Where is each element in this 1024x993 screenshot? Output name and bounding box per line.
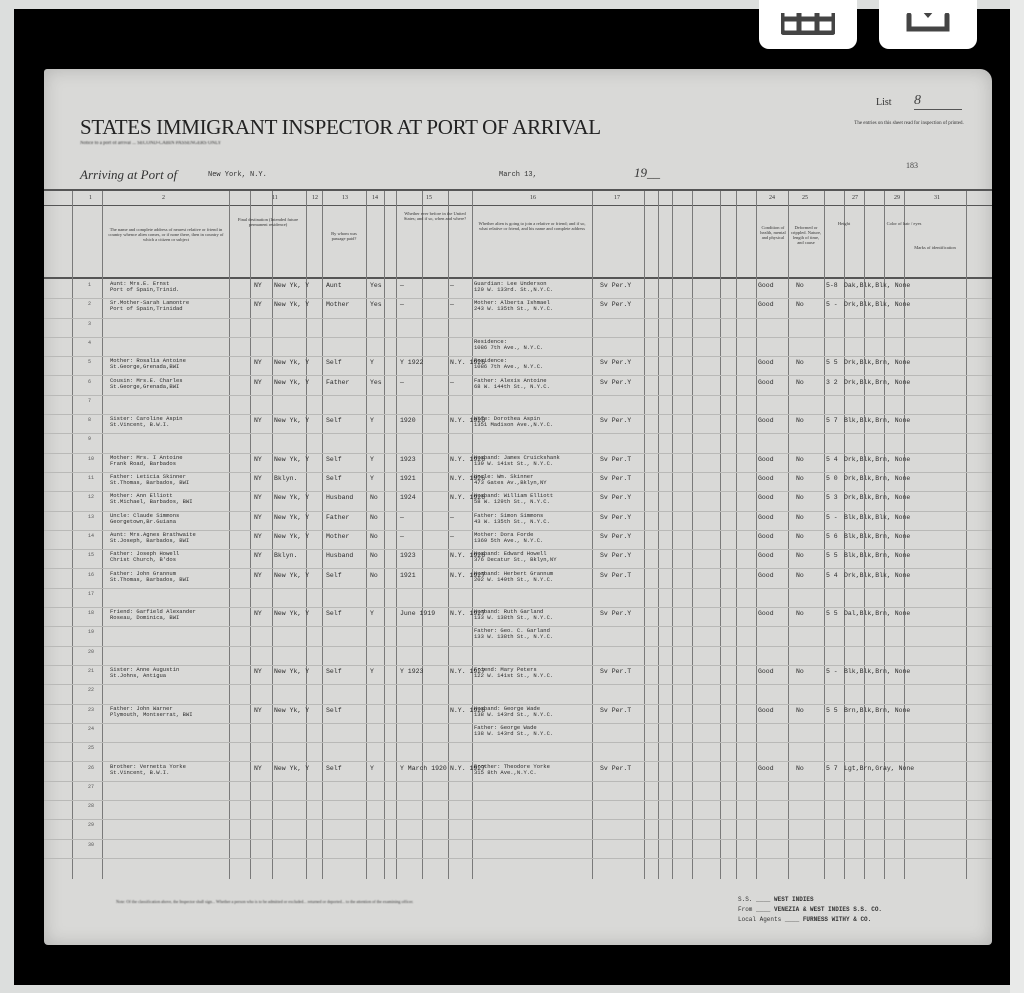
row-number: 25: [88, 745, 94, 751]
previous-visit: 1921: [400, 572, 416, 579]
manifest-table: 1 2 11 12 13 14 15 16 17 24 25 27 29 31 …: [44, 191, 992, 879]
money: Y: [370, 359, 374, 366]
city: New Yk, Y: [274, 514, 309, 521]
previous-where: —: [450, 533, 454, 540]
previous-visit: 1924: [400, 494, 416, 501]
row-number: 9: [88, 436, 91, 442]
from-label: From: [738, 906, 752, 913]
table-row: 3: [44, 318, 992, 337]
agent-value: FURNESS WITHY & CO.: [803, 916, 871, 923]
city: New Yk, Y: [274, 456, 309, 463]
description: Drk,Blk,Brn, None: [844, 494, 910, 501]
table-row: 23Father: John WarnerPlymouth, Montserra…: [44, 704, 992, 723]
row-number: 16: [88, 572, 94, 578]
purpose: Sv Per.T: [600, 572, 631, 579]
row-number: 1: [88, 282, 91, 288]
paid-by: Self: [326, 359, 342, 366]
row-number: 22: [88, 687, 94, 693]
paid-by: Self: [326, 668, 342, 675]
health-condition: Good: [758, 417, 774, 424]
row-number: 7: [88, 398, 91, 404]
previous-visit: 1921: [400, 475, 416, 482]
paid-by: Self: [326, 707, 342, 714]
height: 5 6: [826, 533, 838, 540]
purpose: Sv Per.Y: [600, 552, 631, 559]
money: Y: [370, 475, 374, 482]
height: 5 4: [826, 456, 838, 463]
deformed: No: [796, 668, 804, 675]
money: No: [370, 552, 378, 559]
paid-by: Mother: [326, 301, 349, 308]
paid-by: Aunt: [326, 282, 342, 289]
deformed: No: [796, 359, 804, 366]
previous-visit: 1920: [400, 417, 416, 424]
relative-joining: Wife: Dorothea Aspin1351 Madison Ave.,N.…: [474, 416, 553, 428]
purpose: Sv Per.T: [600, 668, 631, 675]
health-condition: Good: [758, 552, 774, 559]
row-number: 3: [88, 321, 91, 327]
header-name: The name and complete address of nearest…: [106, 227, 226, 242]
ship-info: S.S. ____ WEST INDIES From ____ VENEZIA …: [738, 895, 882, 925]
health-condition: Good: [758, 456, 774, 463]
table-row: 14Aunt: Mrs.Agnes BrathwaiteSt.Joseph, B…: [44, 530, 992, 549]
table-row: 29: [44, 819, 992, 838]
health-condition: Good: [758, 301, 774, 308]
health-condition: Good: [758, 610, 774, 617]
table-row: 25: [44, 742, 992, 761]
city: New Yk, Y: [274, 494, 309, 501]
row-number: 23: [88, 707, 94, 713]
alien-name: Sr.Mother-Sarah LamontrePort of Spain,Tr…: [110, 300, 189, 312]
relative-joining: Brother: Theodore Yorke315 8th Ave.,N.Y.…: [474, 764, 550, 776]
money: Y: [370, 456, 374, 463]
state: NY: [254, 514, 262, 521]
health-condition: Good: [758, 282, 774, 289]
money: Y: [370, 668, 374, 675]
row-number: 26: [88, 765, 94, 771]
alien-name: Father: Joseph HowellChrist Church, B'do…: [110, 551, 179, 563]
money: Y: [370, 765, 374, 772]
arriving-label: Arriving at Port of: [80, 167, 177, 183]
table-row: 8Sister: Caroline AspinSt.Vincent, B.W.I…: [44, 414, 992, 433]
description: Dak,Blk,Blk, None: [844, 282, 910, 289]
money: Y: [370, 610, 374, 617]
description: Blk,Blk,Brn, None: [844, 417, 910, 424]
city: New Yk, Y: [274, 301, 309, 308]
manifest-footer: Note: Of the classification above, the I…: [44, 881, 992, 945]
previous-visit: Y March 1920: [400, 765, 447, 772]
state: NY: [254, 301, 262, 308]
height: 5 4: [826, 572, 838, 579]
height: 5 5: [826, 359, 838, 366]
height: 5 3: [826, 494, 838, 501]
purpose: Sv Per.Y: [600, 282, 631, 289]
deformed: No: [796, 552, 804, 559]
paid-by: Self: [326, 765, 342, 772]
city: New Yk, Y: [274, 282, 309, 289]
previous-visit: 1923: [400, 456, 416, 463]
alien-name: Friend: Garfield AlexanderRoseau, Domini…: [110, 609, 196, 621]
city: New Yk, Y: [274, 533, 309, 540]
table-row: 9: [44, 433, 992, 452]
deformed: No: [796, 610, 804, 617]
previous-where: —: [450, 282, 454, 289]
row-number: 2: [88, 301, 91, 307]
relative-joining: Husband: George Wade138 W. 143rd St., N.…: [474, 706, 553, 718]
relative-joining: Friend: Mary Peters122 W. 141st St., N.Y…: [474, 667, 553, 679]
relative-joining: Residence:1086 7th Ave., N.Y.C.: [474, 339, 543, 351]
row-number: 17: [88, 591, 94, 597]
state: NY: [254, 456, 262, 463]
table-row: 6Cousin: Mrs.E. CharlesSt.George,Grenada…: [44, 376, 992, 395]
purpose: Sv Per.Y: [600, 379, 631, 386]
paid-by: Self: [326, 456, 342, 463]
footer-fine-print: Note: Of the classification above, the I…: [116, 899, 586, 904]
relative-joining: Father: Geo. C. Garland133 W. 138th St.,…: [474, 628, 553, 640]
paid-by: Self: [326, 417, 342, 424]
table-row: 16Father: John GrannumSt.Thomas, Barbado…: [44, 569, 992, 588]
money: Y: [370, 417, 374, 424]
height: 5 7: [826, 765, 838, 772]
deformed: No: [796, 494, 804, 501]
health-condition: Good: [758, 494, 774, 501]
row-number: 30: [88, 842, 94, 848]
state: NY: [254, 282, 262, 289]
health-condition: Good: [758, 359, 774, 366]
paid-by: Self: [326, 572, 342, 579]
row-number: 5: [88, 359, 91, 365]
deformed: No: [796, 533, 804, 540]
arrival-date: March 13,: [499, 171, 537, 179]
description: Drk,Blk,Brn, None: [844, 456, 910, 463]
previous-visit: —: [400, 379, 404, 386]
alien-name: Brother: Vernetta YorkeSt.Vincent, B.W.I…: [110, 764, 186, 776]
table-row: 24Father: George Wade138 W. 143rd St., N…: [44, 723, 992, 742]
alien-name: Aunt: Mrs.Agnes BrathwaiteSt.Joseph, Bar…: [110, 532, 196, 544]
deformed: No: [796, 301, 804, 308]
row-number: 29: [88, 822, 94, 828]
previous-visit: Y 1922: [400, 359, 423, 366]
state: NY: [254, 668, 262, 675]
previous-where: —: [450, 379, 454, 386]
city: New Yk, Y: [274, 610, 309, 617]
alien-name: Mother: Mrs. I AntoineFrank Road, Barbad…: [110, 455, 183, 467]
paid-by: Mother: [326, 533, 349, 540]
relative-joining: Husband: Edward Howell376 Decatur St., B…: [474, 551, 557, 563]
money: No: [370, 533, 378, 540]
height: 5 -: [826, 301, 838, 308]
deformed: No: [796, 417, 804, 424]
purpose: Sv Per.Y: [600, 301, 631, 308]
height: 5 5: [826, 707, 838, 714]
ship-name: WEST INDIES: [774, 896, 814, 903]
header-previously: Whether ever before in the United States…: [400, 211, 470, 221]
list-label: List: [876, 97, 892, 108]
purpose: Sv Per.Y: [600, 533, 631, 540]
deformed: No: [796, 514, 804, 521]
row-number: 21: [88, 668, 94, 674]
previous-visit: June 1919: [400, 610, 435, 617]
purpose: Sv Per.T: [600, 475, 631, 482]
download-icon: [905, 13, 951, 35]
deformed: No: [796, 282, 804, 289]
purpose: Sv Per.Y: [600, 494, 631, 501]
city: New Yk, Y: [274, 572, 309, 579]
city: New Yk, Y: [274, 707, 309, 714]
description: Blk,Blk,Brn, None: [844, 533, 910, 540]
table-row: 5Mother: Rosalia AntoineSt.George,Grenad…: [44, 356, 992, 375]
health-condition: Good: [758, 514, 774, 521]
paid-by: Self: [326, 610, 342, 617]
money: No: [370, 494, 378, 501]
alien-name: Father: Leticia SkinnerSt.Thomas, Barbad…: [110, 474, 189, 486]
paid-by: Self: [326, 475, 342, 482]
relative-joining: Husband: William Elliott58 W. 129th St.,…: [474, 493, 553, 505]
manifest-page: STATES IMMIGRANT INSPECTOR AT PORT OF AR…: [44, 69, 992, 945]
height: 5 0: [826, 475, 838, 482]
list-number: 8: [914, 93, 962, 110]
state: NY: [254, 359, 262, 366]
from-value: VENEZIA & WEST INDIES S.S. CO.: [774, 906, 882, 913]
state: NY: [254, 417, 262, 424]
table-row: 18Friend: Garfield AlexanderRoseau, Domi…: [44, 607, 992, 626]
previous-visit: —: [400, 301, 404, 308]
state: NY: [254, 475, 262, 482]
row-number: 4: [88, 340, 91, 346]
table-row: 12Mother: Ann ElliottSt.Michael, Barbado…: [44, 491, 992, 510]
alien-name: Sister: Caroline AspinSt.Vincent, B.W.I.: [110, 416, 183, 428]
relative-joining: Father: Alexis Antoine68 W. 144th St., N…: [474, 378, 550, 390]
table-row: 2Sr.Mother-Sarah LamontrePort of Spain,T…: [44, 298, 992, 317]
row-number: 12: [88, 494, 94, 500]
description: Drk,Blk,Brn, None: [844, 359, 910, 366]
arrival-year: 19__: [634, 165, 660, 181]
table-row: 21Sister: Anne AugustinSt.Johns, Antigua…: [44, 665, 992, 684]
paid-by: Father: [326, 379, 349, 386]
purpose: Sv Per.Y: [600, 514, 631, 521]
table-row: 30: [44, 839, 992, 858]
table-row: 1Aunt: Mrs.E. ErnstPort of Spain,Trinid.…: [44, 279, 992, 298]
relative-joining: Residence:1086 7th Ave., N.Y.C.: [474, 358, 543, 370]
table-row: 22: [44, 684, 992, 703]
page-number: 183: [906, 161, 918, 170]
relative-joining: Husband: Herbert Grannum202 W. 140th St.…: [474, 571, 553, 583]
money: No: [370, 572, 378, 579]
state: NY: [254, 494, 262, 501]
health-condition: Good: [758, 533, 774, 540]
purpose: Sv Per.Y: [600, 359, 631, 366]
scrollbar-track[interactable]: [1010, 0, 1024, 993]
header-relative: Whether alien is going to join a relativ…: [476, 221, 588, 231]
relative-joining: Husband: Ruth Garland133 W. 138th St., N…: [474, 609, 553, 621]
row-number: 10: [88, 456, 94, 462]
money: Yes: [370, 379, 382, 386]
health-condition: Good: [758, 379, 774, 386]
document-viewer: STATES IMMIGRANT INSPECTOR AT PORT OF AR…: [14, 9, 1010, 985]
alien-name: Father: John WarnerPlymouth, Montserrat,…: [110, 706, 193, 718]
download-button[interactable]: [879, 0, 977, 49]
header-height: Height: [826, 221, 862, 226]
paid-by: Husband: [326, 552, 353, 559]
state: NY: [254, 379, 262, 386]
relative-joining: Father: George Wade138 W. 143rd St., N.Y…: [474, 725, 553, 737]
height: 5-8: [826, 282, 838, 289]
previous-where: —: [450, 301, 454, 308]
agent-label: Local Agents: [738, 916, 781, 923]
purpose: Sv Per.T: [600, 456, 631, 463]
purpose: Sv Per.Y: [600, 610, 631, 617]
row-number: 15: [88, 552, 94, 558]
city: Bklyn.: [274, 552, 297, 559]
header-marks: Marks of identification: [906, 245, 964, 250]
health-condition: Good: [758, 765, 774, 772]
deformed: No: [796, 379, 804, 386]
description: Blk,Blk,Blk, None: [844, 514, 910, 521]
description: Lgt,Brn,Gray, None: [844, 765, 914, 772]
relative-joining: Guardian: Lee Underson120 W. 133rd. St.,…: [474, 281, 553, 293]
alien-name: Aunt: Mrs.E. ErnstPort of Spain,Trinid.: [110, 281, 179, 293]
city: New Yk, Y: [274, 417, 309, 424]
alien-name: Mother: Ann ElliottSt.Michael, Barbados,…: [110, 493, 193, 505]
table-row: 7: [44, 395, 992, 414]
city: New Yk, Y: [274, 379, 309, 386]
table-row: 20: [44, 646, 992, 665]
previous-visit: —: [400, 533, 404, 540]
grid-icon: [781, 13, 835, 35]
height: 3 2: [826, 379, 838, 386]
table-row: 15Father: Joseph HowellChrist Church, B'…: [44, 549, 992, 568]
description: Brn,Blk,Brn, None: [844, 707, 910, 714]
deformed: No: [796, 456, 804, 463]
height: 5 -: [826, 668, 838, 675]
alien-name: Cousin: Mrs.E. CharlesSt.George,Grenada,…: [110, 378, 183, 390]
money: Yes: [370, 282, 382, 289]
row-number: 27: [88, 784, 94, 790]
alien-name: Sister: Anne AugustinSt.Johns, Antigua: [110, 667, 179, 679]
row-number: 20: [88, 649, 94, 655]
relative-joining: Father: Simon Simmons43 W. 135th St., N.…: [474, 513, 550, 525]
state: NY: [254, 610, 262, 617]
row-number: 8: [88, 417, 91, 423]
previous-visit: —: [400, 282, 404, 289]
description: Drk,Blk,Blk, None: [844, 301, 910, 308]
previous-visit: 1923: [400, 552, 416, 559]
height: 5 5: [826, 552, 838, 559]
city: New Yk, Y: [274, 765, 309, 772]
state: NY: [254, 572, 262, 579]
money: Yes: [370, 301, 382, 308]
deformed: No: [796, 475, 804, 482]
paid-by: Husband: [326, 494, 353, 501]
previous-where: —: [450, 514, 454, 521]
alien-name: Father: John GrannumSt.Thomas, Barbados,…: [110, 571, 189, 583]
table-row: 17: [44, 588, 992, 607]
money: No: [370, 514, 378, 521]
relative-joining: Mother: Alberta Ishmael243 W. 135th St.,…: [474, 300, 553, 312]
table-row: 27: [44, 781, 992, 800]
city: New Yk, Y: [274, 359, 309, 366]
table-row: 4Residence:1086 7th Ave., N.Y.C.: [44, 337, 992, 356]
city: New Yk, Y: [274, 668, 309, 675]
row-number: 13: [88, 514, 94, 520]
health-condition: Good: [758, 707, 774, 714]
row-number: 11: [88, 475, 94, 481]
previous-visit: Y 1923: [400, 668, 423, 675]
purpose: Sv Per.Y: [600, 417, 631, 424]
description: Drk,Blk,Blk, None: [844, 572, 910, 579]
alien-name: Uncle: Claude SimmonsGeorgetown,Br.Guian…: [110, 513, 179, 525]
table-row: 19Father: Geo. C. Garland133 W. 138th St…: [44, 626, 992, 645]
state: NY: [254, 552, 262, 559]
row-number: 18: [88, 610, 94, 616]
alien-name: Mother: Rosalia AntoineSt.George,Grenada…: [110, 358, 186, 370]
description: Dal,Blk,Brn, None: [844, 610, 910, 617]
paid-by: Father: [326, 514, 349, 521]
page-title: STATES IMMIGRANT INSPECTOR AT PORT OF AR…: [80, 115, 601, 140]
state: NY: [254, 707, 262, 714]
relative-joining: Mother: Dora Forde1369 5th Ave., N.Y.C.: [474, 532, 543, 544]
table-row: 11Father: Leticia SkinnerSt.Thomas, Barb…: [44, 472, 992, 491]
deformed: No: [796, 765, 804, 772]
description: Blk,Blk,Brn, None: [844, 552, 910, 559]
header-destination: Final destination (Intended future perma…: [232, 217, 304, 227]
row-number: 28: [88, 803, 94, 809]
row-number: 14: [88, 533, 94, 539]
city: Bklyn.: [274, 475, 297, 482]
health-condition: Good: [758, 475, 774, 482]
subtitle-notice: Notice to a port of arrival ... SECOND-C…: [80, 141, 810, 155]
table-row: 28: [44, 800, 992, 819]
header-deformed: Deformed or crippled. Nature, length of …: [790, 225, 822, 245]
row-number: 6: [88, 379, 91, 385]
deformed: No: [796, 572, 804, 579]
purpose: Sv Per.T: [600, 765, 631, 772]
arrival-port: New York, N.Y.: [208, 171, 267, 179]
inspection-note: The entries on this sheet read for inspe…: [844, 121, 974, 127]
deformed: No: [796, 707, 804, 714]
health-condition: Good: [758, 572, 774, 579]
description: Drk,Blk,Brn, None: [844, 475, 910, 482]
relative-joining: Husband: James Cruickshank139 W. 141st S…: [474, 455, 560, 467]
row-number: 19: [88, 629, 94, 635]
table-row: 13Uncle: Claude SimmonsGeorgetown,Br.Gui…: [44, 511, 992, 530]
previous-visit: —: [400, 514, 404, 521]
row-number: 24: [88, 726, 94, 732]
health-condition: Good: [758, 668, 774, 675]
state: NY: [254, 533, 262, 540]
purpose: Sv Per.T: [600, 707, 631, 714]
height: 5 5: [826, 610, 838, 617]
description: Drk,Blk,Brn, None: [844, 379, 910, 386]
height: 5 -: [826, 514, 838, 521]
grid-view-button[interactable]: [759, 0, 857, 49]
relative-joining: Uncle: Wm. Skinner473 Gates Av.,Bklyn,NY: [474, 474, 547, 486]
ship-label: S.S.: [738, 896, 752, 903]
header-color: Color of hair / eyes: [886, 221, 922, 226]
header-paid-by: By whom was passage paid?: [324, 231, 364, 241]
height: 5 7: [826, 417, 838, 424]
header-condition: Condition of health, mental and physical: [758, 225, 788, 240]
table-row: 26Brother: Vernetta YorkeSt.Vincent, B.W…: [44, 762, 992, 781]
description: Blk,Blk,Brn, None: [844, 668, 910, 675]
table-row: 10Mother: Mrs. I AntoineFrank Road, Barb…: [44, 453, 992, 472]
state: NY: [254, 765, 262, 772]
